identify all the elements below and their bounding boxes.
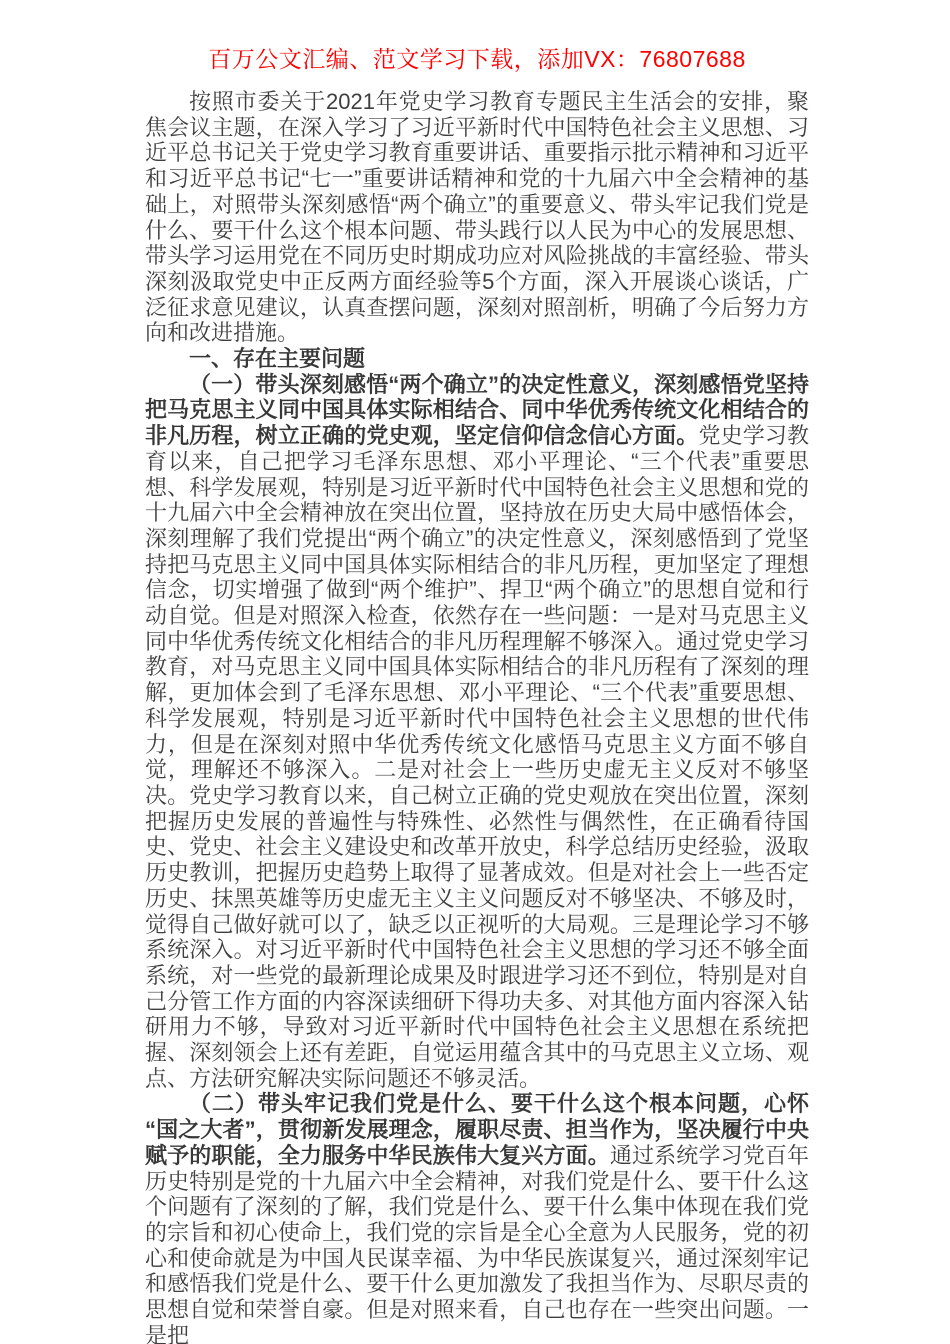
item1-body-text: 党史学习教育以来，自己把学习毛泽东思想、邓小平理论、“三个代表”重要思想、科学发… [145,423,809,1091]
section1-heading: 一、存在主要问题 [145,346,809,372]
page-number: 1 [340,1246,380,1266]
document-page: 百万公文汇编、范文学习下载，添加VX：76807688 按照市委关于2021年党… [0,0,950,1344]
item1-paragraph: （一）带头深刻感悟“两个确立”的决定性意义，深刻感悟党坚持把马克思主义同中国具体… [145,372,809,1092]
item2-body-text: 通过系统学习党百年历史特别是党的十九届六中全会精神，对我们党是什么、要干什么这个… [145,1143,809,1344]
promo-header-text: 百万公文汇编、范文学习下载，添加VX：76807688 [145,44,809,74]
intro-paragraph: 按照市委关于2021年党史学习教育专题民主生活会的安排，聚焦会议主题，在深入学习… [145,89,809,346]
item2-paragraph: （二）带头牢记我们党是什么、要干什么这个根本问题，心怀“国之大者”，贯彻新发展理… [145,1091,809,1344]
document-body: 按照市委关于2021年党史学习教育专题民主生活会的安排，聚焦会议主题，在深入学习… [145,89,809,1344]
